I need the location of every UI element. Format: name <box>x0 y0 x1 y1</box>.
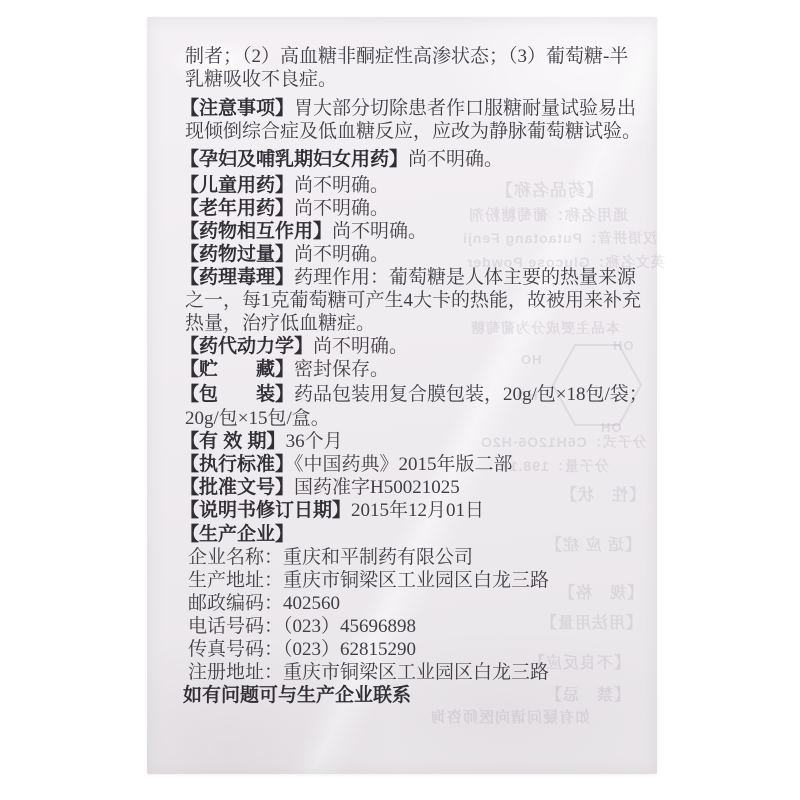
leaflet-paper: 【药品名称】通用名称：葡萄糖粉剂汉语拼音：Putaotang Fenji英文名称… <box>147 17 657 774</box>
insert-line: 【说明书修订日期】2015年12月01日 <box>180 499 648 522</box>
section-heading: 【说明书修订日期】 <box>180 500 351 521</box>
insert-line: 如有问题可与生产企业联系 <box>180 684 648 707</box>
body-text: 现倾倒综合症及低血糖反应，应改为静脉葡萄糖试验。 <box>185 121 641 142</box>
body-text: 企业名称：重庆和平制药有限公司 <box>188 547 473 568</box>
insert-line: 【有 效 期】36个月 <box>180 430 648 453</box>
insert-line: 【药理毒理】药理作用：葡萄糖是人体主要的热量来源 <box>180 266 648 289</box>
insert-line: 乳糖吸收不良症。 <box>180 68 648 91</box>
section-heading: 【药物相互作用】 <box>180 221 332 242</box>
insert-line: 注册地址：重庆市铜梁区工业园区白龙三路 <box>180 661 648 684</box>
insert-line: 企业名称：重庆和平制药有限公司 <box>180 546 648 569</box>
insert-line: 制者；（2）高血糖非酮症性高渗状态；（3）葡萄糖-半 <box>180 45 648 68</box>
body-text: 药品包装用复合膜包装，20g/包×18包/袋； <box>294 384 648 405</box>
body-text: 之一，每1克葡萄糖可产生4大卡的热能，故被用来补充 <box>185 290 641 311</box>
body-text: 尚不明确。 <box>332 221 427 242</box>
insert-line: 20g/包×15包/盒。 <box>180 407 648 430</box>
insert-line: 电话号码：（023）45696898 <box>180 615 648 638</box>
bleed-through-text: 如有疑问请向医师咨询 <box>430 706 590 727</box>
body-text: 热量，治疗低血糖症。 <box>185 313 375 334</box>
insert-line: 【老年用药】尚不明确。 <box>180 197 648 220</box>
body-text: 乳糖吸收不良症。 <box>185 69 337 90</box>
insert-line: 【执行标准】《中国药典》2015年版二部 <box>180 453 648 476</box>
insert-line: 【批准文号】国药准字H50021025 <box>180 476 648 499</box>
insert-line: 【生产企业】 <box>180 523 648 546</box>
insert-text-block: 制者；（2）高血糖非酮症性高渗状态；（3）葡萄糖-半乳糖吸收不良症。【注意事项】… <box>180 45 648 707</box>
body-text: 密封保存。 <box>294 359 389 380</box>
section-heading: 【儿童用药】 <box>180 175 294 196</box>
section-heading: 如有问题可与生产企业联系 <box>183 685 411 706</box>
section-heading: 【药理毒理】 <box>180 267 294 288</box>
body-text: 尚不明确。 <box>294 198 389 219</box>
section-heading: 【有 效 期】 <box>180 431 286 452</box>
body-text: 胃大部分切除患者作口服糖耐量试验易出 <box>294 98 636 119</box>
section-heading: 【包 装】 <box>180 384 294 405</box>
body-text: 《中国药典》2015年版二部 <box>294 454 513 475</box>
insert-line: 【孕妇及哺乳期妇女用药】尚不明确。 <box>180 148 648 171</box>
insert-line: 【药代动力学】尚不明确。 <box>180 335 648 358</box>
body-text: 电话号码：（023）45696898 <box>188 616 416 637</box>
section-heading: 【生产企业】 <box>180 524 294 545</box>
section-heading: 【孕妇及哺乳期妇女用药】 <box>180 149 408 170</box>
body-text: 制者；（2）高血糖非酮症性高渗状态；（3）葡萄糖-半 <box>185 46 628 67</box>
section-heading: 【注意事项】 <box>180 98 294 119</box>
body-text: 生产地址：重庆市铜梁区工业园区白龙三路 <box>188 570 549 591</box>
body-text: 传真号码：（023）62815290 <box>188 639 416 660</box>
body-text: 药理作用：葡萄糖是人体主要的热量来源 <box>294 267 636 288</box>
insert-line: 【包 装】药品包装用复合膜包装，20g/包×18包/袋； <box>180 383 648 406</box>
insert-line: 【贮 藏】密封保存。 <box>180 358 648 381</box>
body-text: 注册地址：重庆市铜梁区工业园区白龙三路 <box>188 662 549 683</box>
section-heading: 【贮 藏】 <box>180 359 294 380</box>
section-heading: 【老年用药】 <box>180 198 294 219</box>
body-text: 36个月 <box>286 431 343 452</box>
insert-line: 邮政编码：402560 <box>180 592 648 615</box>
section-heading: 【批准文号】 <box>180 477 294 498</box>
insert-line: 【儿童用药】尚不明确。 <box>180 174 648 197</box>
body-text: 尚不明确。 <box>294 175 389 196</box>
body-text: 2015年12月01日 <box>351 500 484 521</box>
body-text: 尚不明确。 <box>313 336 408 357</box>
insert-line: 【药物相互作用】尚不明确。 <box>180 220 648 243</box>
insert-line: 【注意事项】胃大部分切除患者作口服糖耐量试验易出 <box>180 97 648 120</box>
body-text: 20g/包×15包/盒。 <box>185 408 330 429</box>
insert-line: 热量，治疗低血糖症。 <box>180 312 648 335</box>
body-text: 国药准字H50021025 <box>294 477 460 498</box>
insert-line: 之一，每1克葡萄糖可产生4大卡的热能，故被用来补充 <box>180 289 648 312</box>
section-heading: 【药物过量】 <box>180 244 294 265</box>
package-insert-photo: 【药品名称】通用名称：葡萄糖粉剂汉语拼音：Putaotang Fenji英文名称… <box>0 0 800 800</box>
body-text: 尚不明确。 <box>294 244 389 265</box>
insert-line: 【药物过量】尚不明确。 <box>180 243 648 266</box>
insert-line: 现倾倒综合症及低血糖反应，应改为静脉葡萄糖试验。 <box>180 120 648 143</box>
insert-line: 传真号码：（023）62815290 <box>180 638 648 661</box>
section-heading: 【执行标准】 <box>180 454 294 475</box>
insert-line: 生产地址：重庆市铜梁区工业园区白龙三路 <box>180 569 648 592</box>
body-text: 邮政编码：402560 <box>188 593 340 614</box>
body-text: 尚不明确。 <box>408 149 503 170</box>
section-heading: 【药代动力学】 <box>180 336 313 357</box>
